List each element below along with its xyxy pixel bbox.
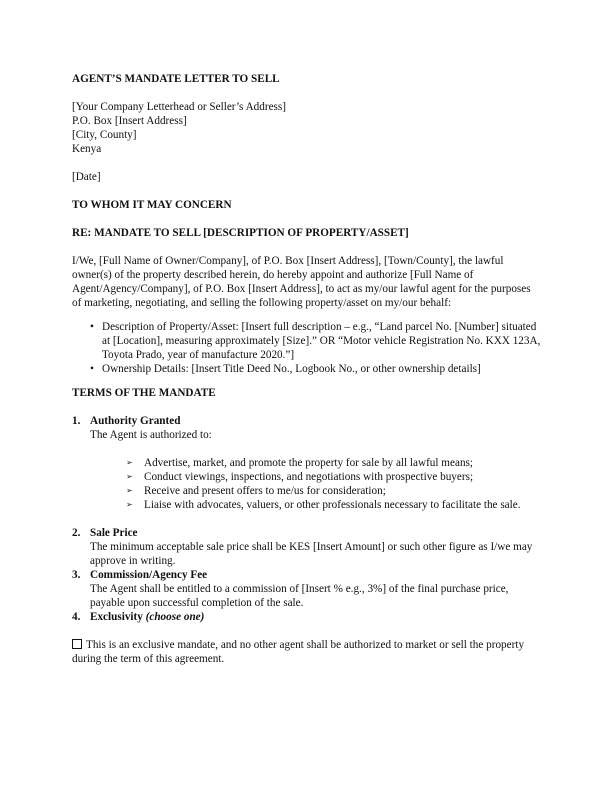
authority-item: Liaise with advocates, valuers, or other… xyxy=(90,498,542,512)
authority-item: Advertise, market, and promote the prope… xyxy=(90,456,542,470)
address-line: [Your Company Letterhead or Seller’s Add… xyxy=(72,100,542,114)
document-page: AGENT’S MANDATE LETTER TO SELL [Your Com… xyxy=(72,72,542,666)
term-number: 2. xyxy=(72,526,80,540)
exclusive-option: This is an exclusive mandate, and no oth… xyxy=(72,638,542,666)
term-item: 3. Commission/Agency Fee The Agent shall… xyxy=(72,568,542,610)
term-item: 4. Exclusivity (choose one) xyxy=(72,610,542,624)
subject-line: RE: MANDATE TO SELL [DESCRIPTION OF PROP… xyxy=(72,226,542,240)
salutation: TO WHOM IT MAY CONCERN xyxy=(72,198,542,212)
authority-list: Advertise, market, and promote the prope… xyxy=(90,456,542,512)
term-heading: Commission/Agency Fee xyxy=(90,568,542,582)
date-line: [Date] xyxy=(72,170,542,184)
checkbox-icon[interactable] xyxy=(72,639,82,649)
terms-list: 1. Authority Granted The Agent is author… xyxy=(72,414,542,624)
authority-item: Conduct viewings, inspections, and negot… xyxy=(90,470,542,484)
bullet-item: Ownership Details: [Insert Title Deed No… xyxy=(72,362,542,376)
term-heading: Authority Granted xyxy=(90,414,542,428)
sender-address: [Your Company Letterhead or Seller’s Add… xyxy=(72,100,542,156)
terms-heading: TERMS OF THE MANDATE xyxy=(72,386,542,400)
authority-item: Receive and present offers to me/us for … xyxy=(90,484,542,498)
term-heading-line: Exclusivity (choose one) xyxy=(90,610,542,624)
term-number: 4. xyxy=(72,610,80,624)
address-line: [City, County] xyxy=(72,128,542,142)
address-line: Kenya xyxy=(72,142,542,156)
term-item: 1. Authority Granted The Agent is author… xyxy=(72,414,542,512)
term-text: The Agent is authorized to: xyxy=(90,428,542,442)
address-line: P.O. Box [Insert Address] xyxy=(72,114,542,128)
term-heading-note: (choose one) xyxy=(146,611,205,623)
term-number: 1. xyxy=(72,414,80,428)
term-number: 3. xyxy=(72,568,80,582)
term-heading: Sale Price xyxy=(90,526,542,540)
intro-paragraph: I/We, [Full Name of Owner/Company], of P… xyxy=(72,254,542,310)
bullet-item: Description of Property/Asset: [Insert f… xyxy=(72,320,542,362)
term-heading: Exclusivity xyxy=(90,611,143,623)
exclusive-option-text: This is an exclusive mandate, and no oth… xyxy=(72,639,524,665)
property-bullets: Description of Property/Asset: [Insert f… xyxy=(72,320,542,376)
term-text: The minimum acceptable sale price shall … xyxy=(90,540,542,568)
term-item: 2. Sale Price The minimum acceptable sal… xyxy=(72,526,542,568)
document-title: AGENT’S MANDATE LETTER TO SELL xyxy=(72,72,542,86)
term-text: The Agent shall be entitled to a commiss… xyxy=(90,582,542,610)
